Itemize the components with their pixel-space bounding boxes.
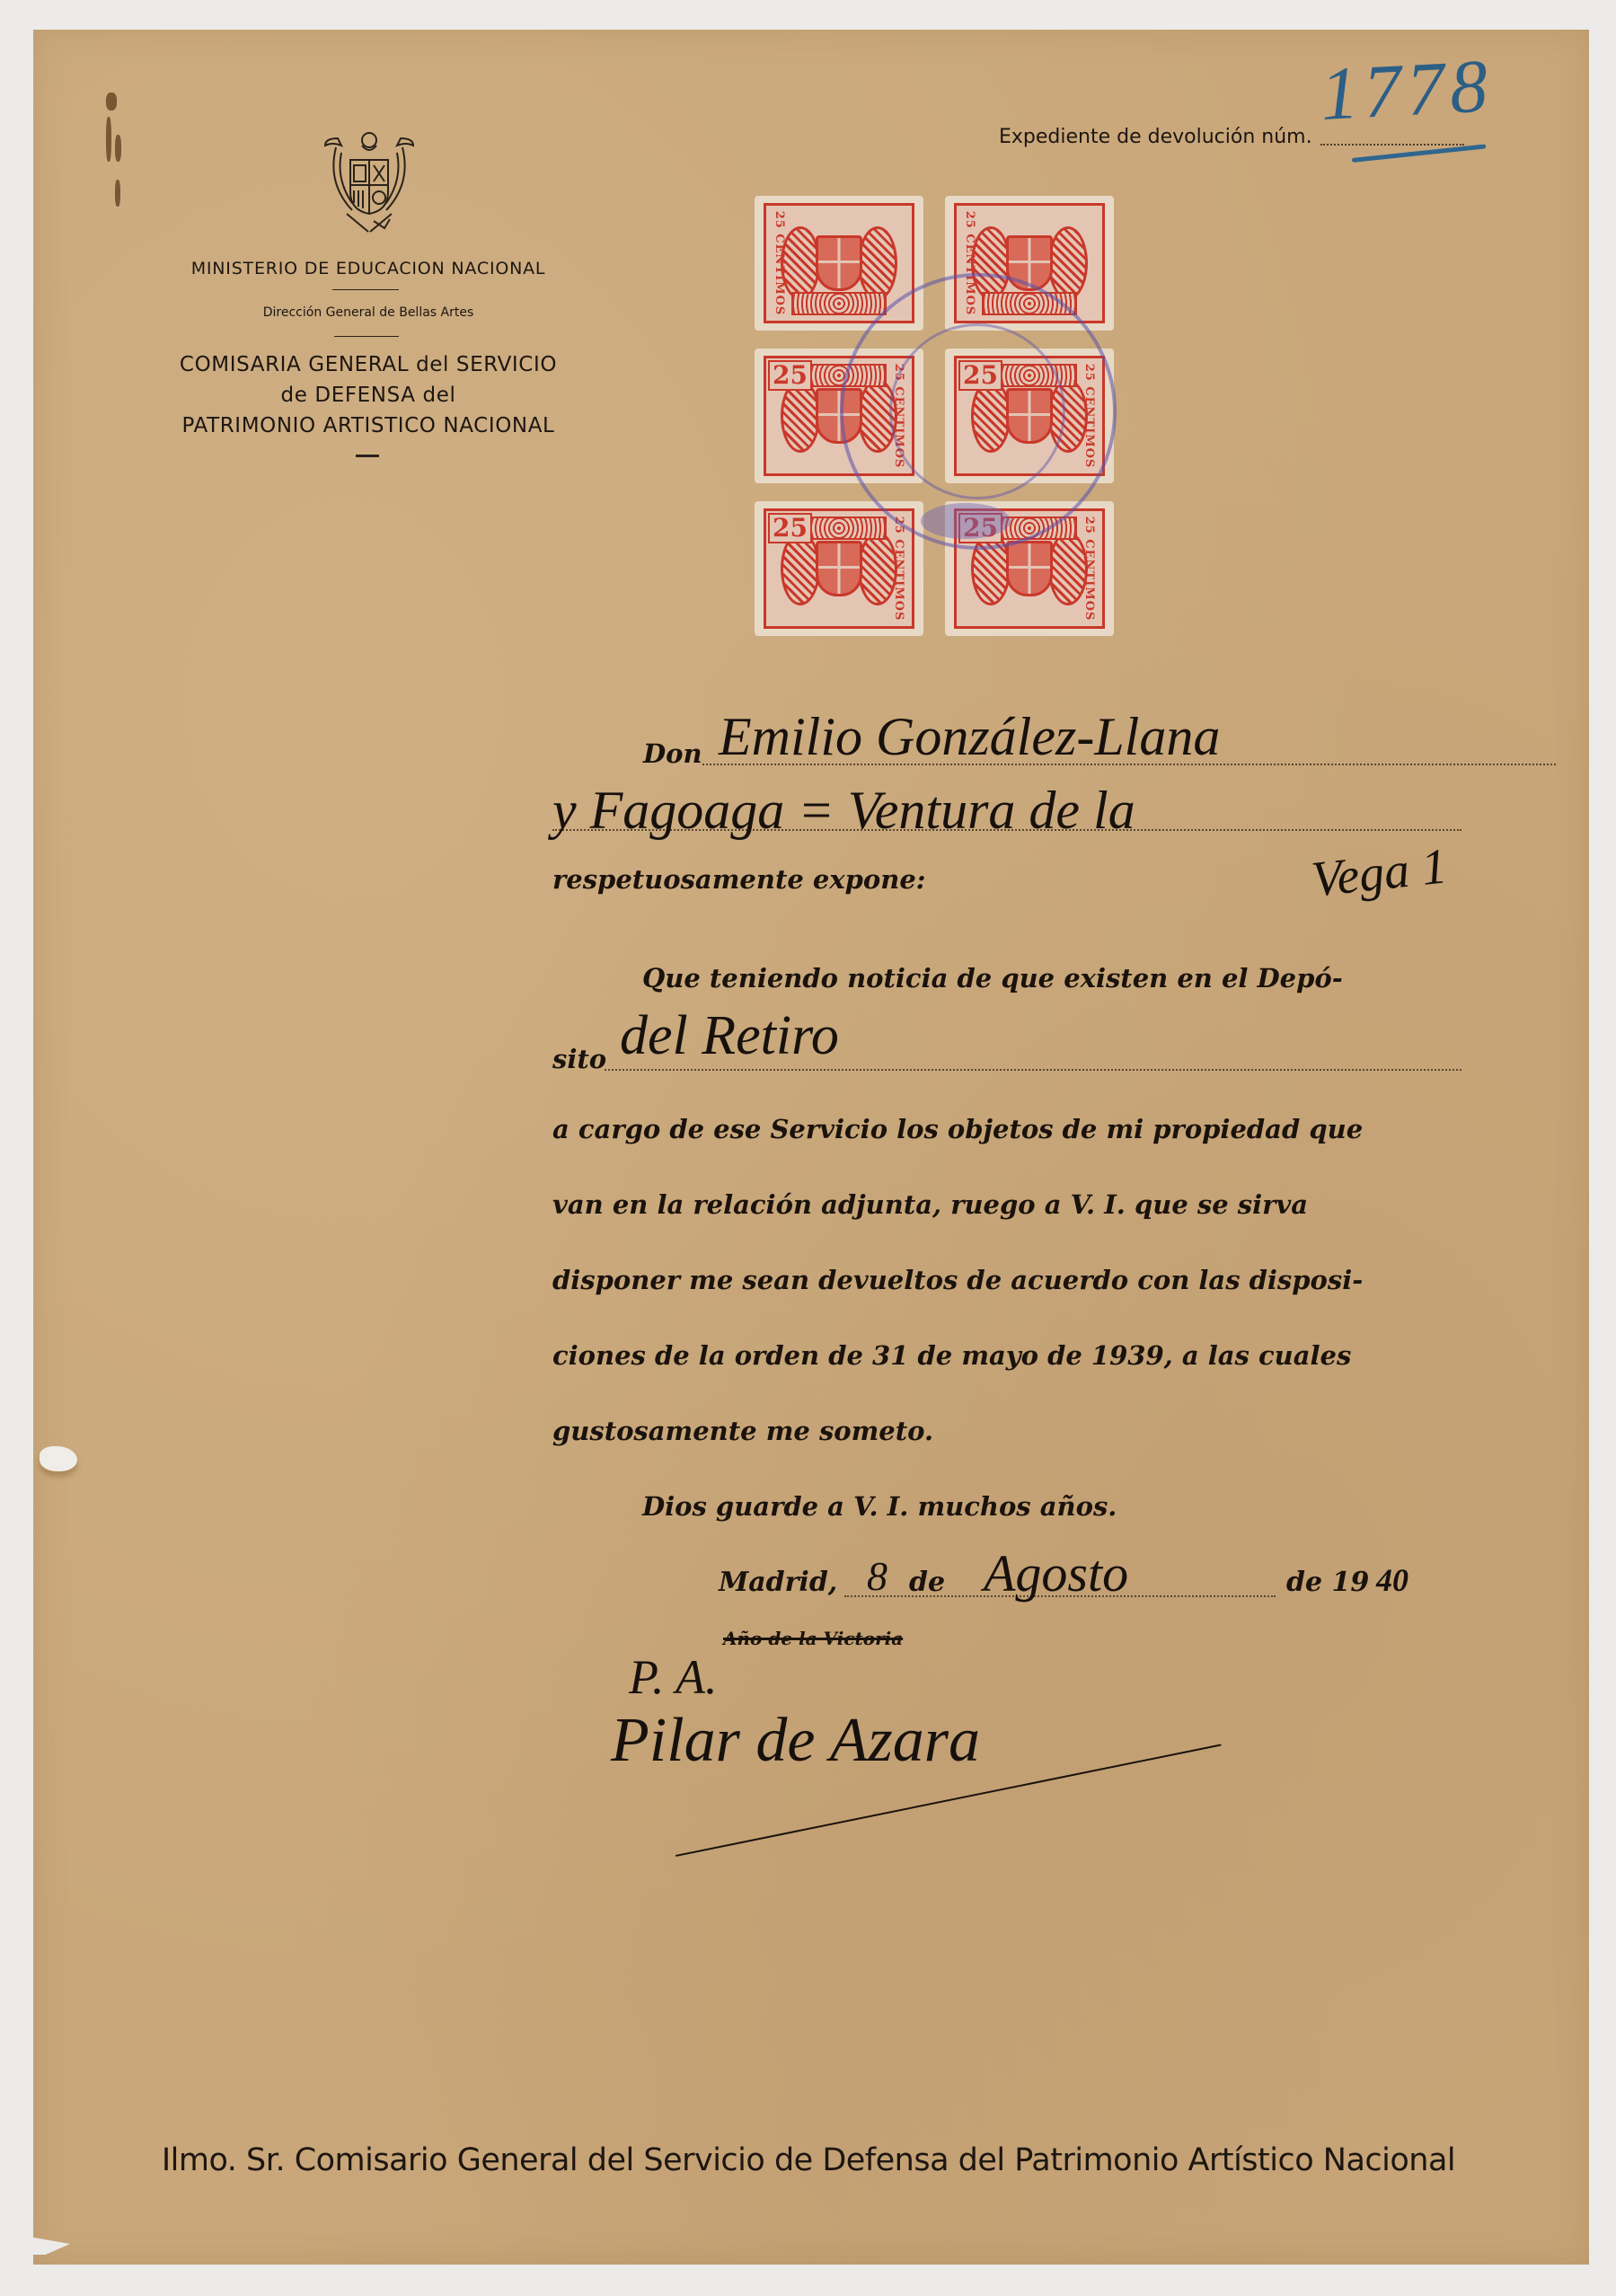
sito-label: sito [552, 1044, 606, 1074]
ink-stain [106, 93, 117, 110]
date-month[interactable]: Agosto [984, 1543, 1128, 1603]
date-year-handwritten[interactable]: 40 [1376, 1561, 1408, 1599]
ink-stain [106, 117, 111, 162]
ministry-name: MINISTERIO DE EDUCACION NACIONAL [144, 259, 593, 278]
shield-icon [1006, 541, 1053, 596]
place-label: Madrid, [719, 1567, 837, 1598]
applicant-name-line-1[interactable]: Emilio González-Llana [719, 706, 1220, 768]
addressee-footer: Ilmo. Sr. Comisario General del Servicio… [144, 2142, 1473, 2178]
shield-icon [816, 235, 862, 291]
date-day[interactable]: 8 [867, 1552, 887, 1600]
divider [332, 289, 399, 290]
ink-stain [115, 135, 121, 162]
deposit-value[interactable]: del Retiro [620, 1004, 839, 1068]
body-line: ciones de la orden de 31 de mayo de 1939… [552, 1340, 1460, 1371]
commission-line-2: de DEFENSA del [144, 381, 593, 410]
deposit-dotted-line [605, 1069, 1461, 1071]
applicant-name-line-2[interactable]: y Fagoaga = Ventura de la [552, 780, 1135, 842]
respectfully-states-label: respetuosamente expone: [552, 864, 926, 895]
body-line: van en la relación adjunta, ruego a V. I… [552, 1189, 1460, 1220]
body-line: disponer me sean devueltos de acuerdo co… [552, 1265, 1460, 1295]
don-label: Don [643, 738, 702, 769]
commission-line-1: COMISARIA GENERAL del SERVICIO [144, 350, 593, 379]
paper-tear [40, 1446, 77, 1471]
signature-prefix: P. A. [629, 1649, 718, 1705]
year-label: de 19 [1286, 1567, 1369, 1598]
shield-icon [816, 541, 862, 596]
divider [356, 455, 379, 457]
file-number-label: Expediente de devolución núm. [999, 126, 1312, 148]
postmark-inner-ring [889, 323, 1065, 499]
spanish-coat-of-arms-icon [320, 120, 419, 239]
file-number-value: 1778 [1319, 42, 1496, 138]
date-de-label: de [909, 1567, 945, 1598]
paragraph-line-1: Que teniendo noticia de que existen en e… [642, 963, 1550, 993]
file-number-dotted-line [1320, 144, 1464, 146]
postmark-ink-blot [921, 503, 1011, 539]
divider [334, 336, 399, 337]
ink-stain [115, 180, 120, 207]
directorate-name: Dirección General de Bellas Artes [144, 305, 593, 320]
commission-line-3: PATRIMONIO ARTISTICO NACIONAL [144, 411, 593, 440]
body-line: gustosamente me someto. [552, 1416, 1460, 1446]
struck-year-of-victory: Año de la Victoria [723, 1628, 903, 1649]
body-line: a cargo de ese Servicio los objetos de m… [552, 1114, 1460, 1144]
signature: Pilar de Azara [611, 1705, 980, 1777]
closing-line: Dios guarde a V. I. muchos años. [642, 1491, 1550, 1522]
